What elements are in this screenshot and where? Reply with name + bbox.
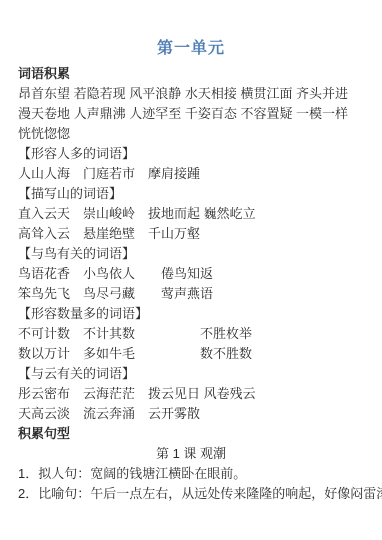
- lesson-title: 第 1 课 观潮: [18, 444, 364, 464]
- subheading-mountain-words: 【描写山的词语】: [18, 184, 364, 204]
- word-list-line: 不可计数 不计其数 不胜枚举: [18, 324, 364, 344]
- document-page: 第一单元 词语积累 昂首东望 若隐若现 风平浪静 水天相接 横贯江面 齐头并进 …: [0, 0, 382, 540]
- subheading-quantity-words: 【形容数量多的词语】: [18, 304, 364, 324]
- word-list-line: 天高云淡 流云奔涌 云开雾散: [18, 404, 364, 424]
- heading-word-accumulation: 词语积累: [18, 64, 364, 84]
- word-list-line: 高耸入云 悬崖绝壁 千山万壑: [18, 224, 364, 244]
- sentence-personification: 1．拟人句：宽阔的钱塘江横卧在眼前。: [18, 464, 364, 484]
- word-list-line: 人山人海 门庭若市 摩肩接踵: [18, 164, 364, 184]
- heading-sentence-accumulation: 积累句型: [18, 424, 364, 444]
- word-list-line: 笨鸟先飞 鸟尽弓藏 莺声燕语: [18, 284, 364, 304]
- word-list-line: 漫天卷地 人声鼎沸 人迹罕至 千姿百态 不容置疑 一模一样: [18, 104, 364, 124]
- subheading-cloud-words: 【与云有关的词语】: [18, 364, 364, 384]
- word-list-line: 直入云天 崇山峻岭 拔地而起 巍然屹立: [18, 204, 364, 224]
- notes-content: 词语积累 昂首东望 若隐若现 风平浪静 水天相接 横贯江面 齐头并进 漫天卷地 …: [0, 64, 382, 504]
- word-list-line: 鸟语花香 小鸟依人 倦鸟知返: [18, 264, 364, 284]
- sentence-simile: 2．比喻句：午后一点左右，从远处传来隆隆的响起，好像闷雷滚: [18, 484, 364, 504]
- subheading-bird-words: 【与鸟有关的词语】: [18, 244, 364, 264]
- word-list-line: 恍恍惚惚: [18, 124, 364, 144]
- word-list-line: 昂首东望 若隐若现 风平浪静 水天相接 横贯江面 齐头并进: [18, 84, 364, 104]
- unit-title: 第一单元: [0, 38, 382, 60]
- word-list-line: 彤云密布 云海茫茫 拨云见日 风卷残云: [18, 384, 364, 404]
- word-list-line: 数以万计 多如牛毛 数不胜数: [18, 344, 364, 364]
- subheading-crowd-words: 【形容人多的词语】: [18, 144, 364, 164]
